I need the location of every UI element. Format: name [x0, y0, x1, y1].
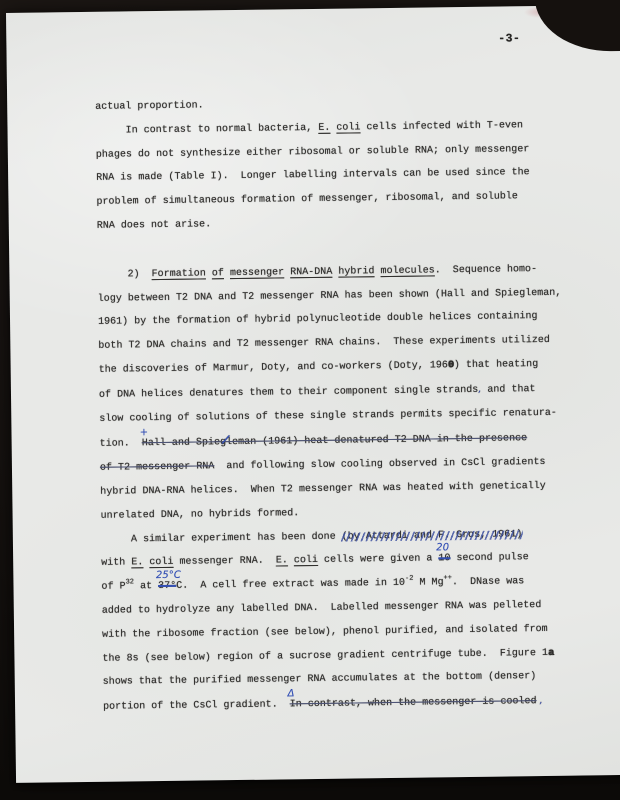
typed-text: leman (1961) heat denatured T2 DNA in th… [226, 434, 527, 449]
typed-text: of [212, 268, 224, 279]
typed-text: cells infected with T-even [360, 120, 523, 133]
typed-text: tion. [100, 439, 142, 451]
typed-text: M Mg [413, 577, 443, 588]
typed-text: second pulse [450, 553, 528, 565]
typed-text: messenger [230, 267, 284, 279]
typed-text: portion of the CsCl gradient. [103, 699, 290, 712]
typed-text: slow cooling of solutions of these singl… [99, 407, 557, 424]
typed-text: coli [336, 122, 360, 133]
typed-text: In contrast to normal bacteria, [95, 123, 318, 137]
typed-text: coli [294, 555, 318, 566]
typed-text: and following slow cooling observed in C… [214, 457, 545, 472]
typed-text: logy between T2 DNA and T2 messenger RNA… [98, 287, 562, 304]
typed-text: ++ [443, 574, 452, 582]
typed-text: unrelated DNA, no hybrids formed. [101, 508, 300, 522]
typed-text: shows that the purified messenger RNA ac… [103, 671, 537, 688]
typed-text: RNA-DNA [290, 267, 332, 279]
paragraph: 2) Formation of messenger RNA-DNA hybrid… [97, 257, 600, 528]
typed-text: with the ribosome fraction (see below), … [102, 624, 548, 641]
typed-text: In contrast, when the messenger is coole… [290, 696, 537, 710]
document-body: actual proportion. In contrast to normal… [95, 89, 603, 719]
typed-text: -2 [405, 575, 414, 583]
paper-page: -3- actual proportion. In contrast to no… [6, 5, 620, 783]
paragraph: A similar experiment has been done (by A… [101, 522, 603, 720]
page-corner-fold [535, 0, 620, 52]
typed-text: RNA is made (Table I). Longer labelling … [96, 168, 530, 185]
typed-text: of T2 messenger RNA [100, 461, 215, 473]
typed-text: a [548, 647, 554, 658]
typed-text: phages do not synthesize either ribosoma… [96, 144, 530, 161]
typed-text: both T2 DNA chains and T2 messenger RNA … [98, 335, 550, 352]
typed-text: problem of simultaneous formation of mes… [96, 192, 518, 209]
typed-text: 1961) by the formation of hybrid polynuc… [98, 311, 538, 328]
typed-text: hybrid [338, 266, 374, 277]
typed-text: added to hydrolyze any labelled DNA. Lab… [102, 600, 542, 617]
typed-text: of DNA helices denatures them to their c… [99, 385, 478, 401]
typed-text: 32 [126, 579, 135, 587]
typed-text: Hall and Spieg [142, 438, 226, 450]
typed-text: 10 [438, 554, 450, 565]
typed-text: the discoveries of Marmur, Doty, and co-… [99, 360, 448, 376]
typed-text: and that [481, 384, 535, 396]
typed-text: messenger RNA. [173, 556, 275, 568]
typed-text: E. [276, 556, 288, 567]
typed-text: A similar experiment has been done [101, 531, 342, 545]
photo-of-typescript-page: { "page": { "number": "-3-" }, "colors":… [0, 0, 620, 800]
typed-text: ) that heating [454, 359, 538, 371]
typed-text: 37° [158, 581, 176, 592]
typed-text: Formation [152, 268, 206, 280]
typed-text: . DNase was [452, 576, 524, 588]
paragraph: In contrast to normal bacteria, E. coli … [95, 113, 597, 239]
typed-text: hybrid DNA-RNA helices. When T2 messenge… [100, 481, 546, 498]
typed-text: of P [101, 582, 125, 593]
typed-text: 2) [97, 269, 151, 281]
typed-text: at [134, 581, 158, 592]
text-line: portion of the CsCl gradient. ΔIn contra… [103, 688, 603, 719]
typed-text: with [101, 558, 131, 569]
typed-text: E. [318, 123, 330, 134]
page-number: -3- [498, 32, 520, 45]
handwritten-mark: , [537, 695, 543, 706]
typed-text: cells were given a [318, 554, 439, 567]
typed-text: RNA does not arise. [97, 219, 212, 231]
typed-text: coli [149, 557, 173, 568]
typed-text: (by Attardi and F. Gros, 1961) [342, 529, 523, 542]
typed-text: E. [131, 558, 143, 569]
typed-text: the 8s (see below) region of a sucrose g… [102, 647, 548, 664]
typed-text: C. A cell free extract was made in 10 [176, 578, 405, 592]
typed-text: actual proportion. [95, 100, 204, 112]
typed-text: . Sequence homo- [435, 264, 537, 276]
typed-text: molecules [380, 265, 434, 277]
